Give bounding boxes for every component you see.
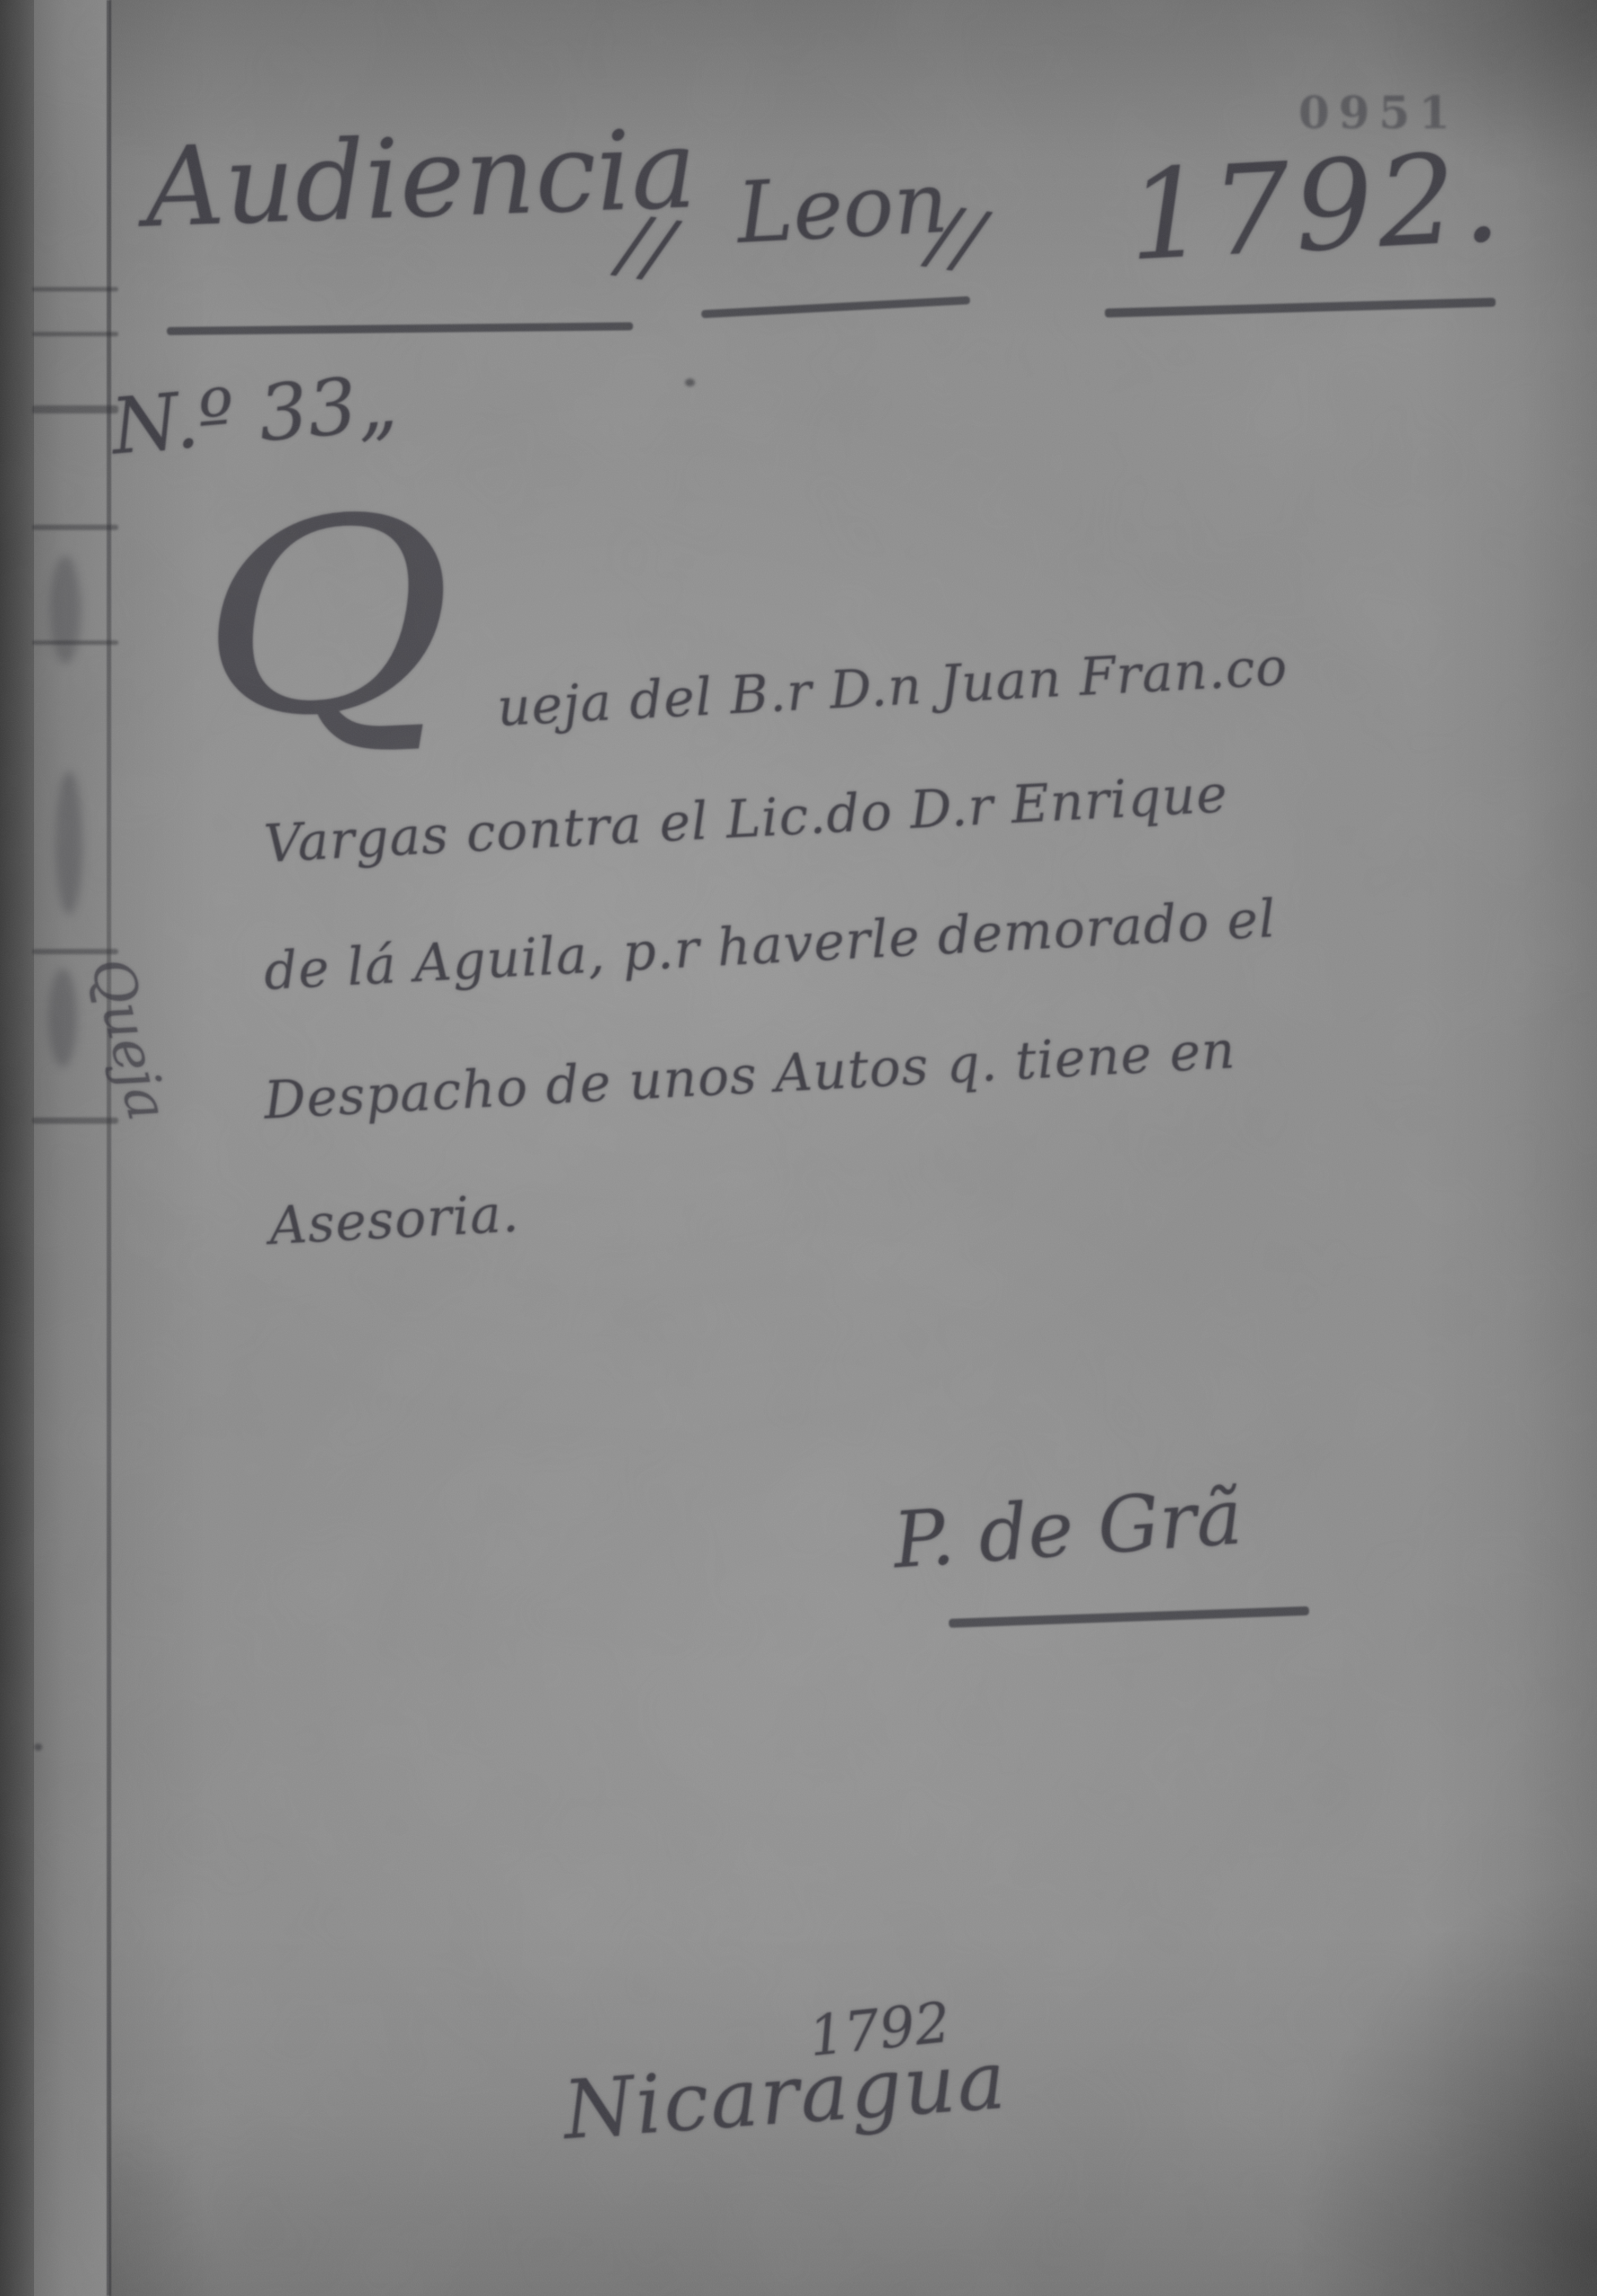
footer-place: Nicaragua xyxy=(560,2040,1010,2152)
header-year: 1792. xyxy=(1125,135,1508,279)
document-number: N.º 33„ xyxy=(108,364,400,465)
ink-speck xyxy=(34,1744,42,1751)
underline-year xyxy=(1105,298,1496,317)
margin-note: Queja xyxy=(82,952,177,1126)
underline-signature xyxy=(949,1606,1309,1628)
body-line: Despacho de unos Autos q. tiene en xyxy=(263,1023,1237,1126)
body-line: de lá Aguila, p.r haverle demorado el xyxy=(263,892,1278,997)
header-title: Audiencia xyxy=(143,114,699,242)
header-separator: // xyxy=(925,196,987,279)
body-line: ueja del B.r D.n Juan Fran.co xyxy=(496,640,1289,734)
body-line: Vargas contra el Lic.do D.r Enrique xyxy=(263,768,1229,870)
header-place: Leon xyxy=(735,161,950,257)
underline-title xyxy=(167,322,633,335)
ink-speck xyxy=(685,378,695,387)
body-line: Asesoria. xyxy=(268,1187,521,1252)
manuscript-photo: 0951 Audiencia // Leon // 1792. N.º 33„ … xyxy=(0,0,1597,2296)
header-separator: // xyxy=(615,204,677,288)
signature: P. de Grã xyxy=(890,1479,1245,1580)
underline-place xyxy=(701,296,970,318)
decorated-initial: Q xyxy=(190,480,463,756)
handwriting-layer: Audiencia // Leon // 1792. N.º 33„ Q uej… xyxy=(0,0,1597,2296)
